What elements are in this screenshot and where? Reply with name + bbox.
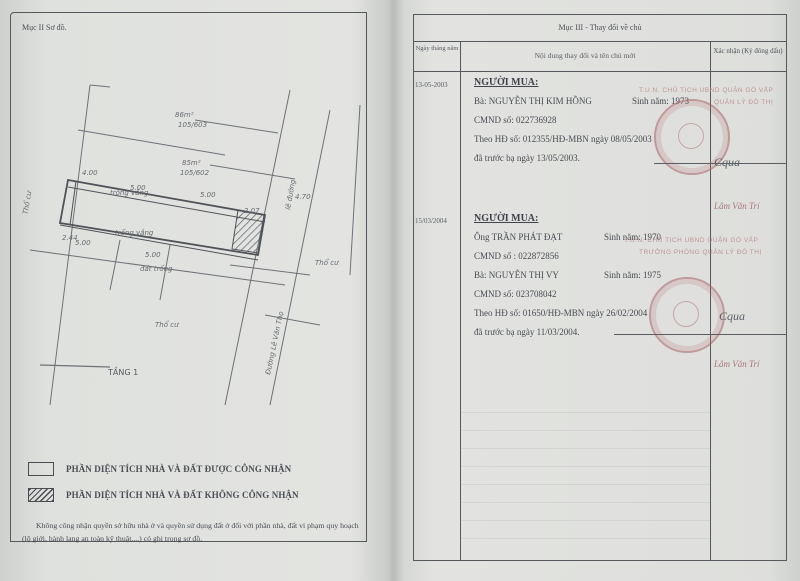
official-seal <box>649 277 725 353</box>
footnote: Không công nhận quyền sở hữu nhà ở và qu… <box>22 519 362 545</box>
residential-left-label: Thổ cư <box>21 189 34 215</box>
header-confirm: Xác nhận (Ký đóng dấu) <box>710 47 786 56</box>
floor-label: TẦNG 1 <box>107 365 138 377</box>
residential-right-label: Thổ cư <box>315 258 340 267</box>
buyer-name: Ông TRẦN PHÁT ĐẠT <box>474 232 562 242</box>
ownership-change-table: Mục III - Thay đổi về chủ Ngày tháng năm… <box>413 14 787 561</box>
space-top-label: trống vắng <box>110 189 149 197</box>
stamp-subtitle: QUẢN LÝ ĐÔ THỊ <box>714 99 773 106</box>
left-page: Mục II Sơ đồ. <box>0 0 395 581</box>
entry-date: 15/03/2004 <box>415 217 461 225</box>
buyer-heading: NGƯỜI MUA: <box>474 209 714 228</box>
dim-right-label: 2.07 <box>244 207 260 215</box>
dim-left-top-label: 4.00 <box>82 169 98 177</box>
dim-mid-label: 5.00 <box>200 191 216 199</box>
area-602-label: 85m² <box>182 159 201 167</box>
underline <box>654 163 786 164</box>
section-title-owner-change: Mục III - Thay đổi về chủ <box>414 15 786 42</box>
legend-swatch-plain <box>28 462 54 476</box>
buyer-name: Bà: NGUYỄN THỊ KIM HỒNG <box>474 96 592 106</box>
birth-year: Sinh năm: 1975 <box>604 266 661 285</box>
legend: PHẦN DIỆN TÍCH NHÀ VÀ ĐẤT ĐƯỢC CÔNG NHẬN… <box>28 462 299 514</box>
underline <box>614 334 786 335</box>
section-title-diagram: Mục II Sơ đồ. <box>22 23 67 32</box>
dim-street-label: 4.70 <box>295 193 311 201</box>
stamp-subtitle: TRƯỞNG PHÒNG QUẢN LÝ ĐÔ THỊ <box>639 249 762 256</box>
signature: Cqua <box>719 309 745 324</box>
document-spread: Mục II Sơ đồ. <box>0 0 800 581</box>
legend-label-unrecognized: PHẦN DIỆN TÍCH NHÀ VÀ ĐẤT KHÔNG CÔNG NHẬ… <box>66 490 299 500</box>
header-content: Nội dung thay đổi và tên chủ mới <box>460 51 710 60</box>
lot-603-label: 105/603 <box>178 121 207 129</box>
site-plan-sketch: 105/603 105/602 85m² 86m² 5.00 4.00 5.00… <box>20 75 370 415</box>
dim-bottom-label: 5.00 <box>145 251 161 259</box>
signer-name: Lâm Văn Trí <box>714 201 760 211</box>
ruled-lines <box>460 395 710 552</box>
signer-name: Lâm Văn Trí <box>714 359 760 369</box>
area-603-label: 86m² <box>175 111 194 119</box>
residential-bottom-label: Thổ cư <box>155 320 180 329</box>
dim-side-label: 2.44 <box>62 234 78 242</box>
buyer-name: Bà: NGUYỄN THỊ VY <box>474 270 559 280</box>
legend-label-recognized: PHẦN DIỆN TÍCH NHÀ VÀ ĐẤT ĐƯỢC CÔNG NHẬN <box>66 464 291 474</box>
space-mid-label: trống vắng <box>115 229 154 237</box>
stamp-title: T.U.N. CHỦ TỊCH UBND QUẬN GÒ VẤP <box>624 237 758 244</box>
entry-date: 13-05-2003 <box>415 81 461 89</box>
table-header: Ngày tháng năm Nội dung thay đổi và tên … <box>414 41 786 72</box>
legend-swatch-hatched <box>28 488 54 502</box>
stamp-title: T.U.N. CHỦ TỊCH UBND QUẬN GÒ VẤP <box>639 87 773 94</box>
lot-602-label: 105/602 <box>180 169 210 177</box>
vacant-land-label: đất trống <box>140 265 173 273</box>
legend-row-recognized: PHẦN DIỆN TÍCH NHÀ VÀ ĐẤT ĐƯỢC CÔNG NHẬN <box>28 462 299 476</box>
header-date: Ngày tháng năm <box>414 45 460 53</box>
legend-row-unrecognized: PHẦN DIỆN TÍCH NHÀ VÀ ĐẤT KHÔNG CÔNG NHẬ… <box>28 488 299 502</box>
